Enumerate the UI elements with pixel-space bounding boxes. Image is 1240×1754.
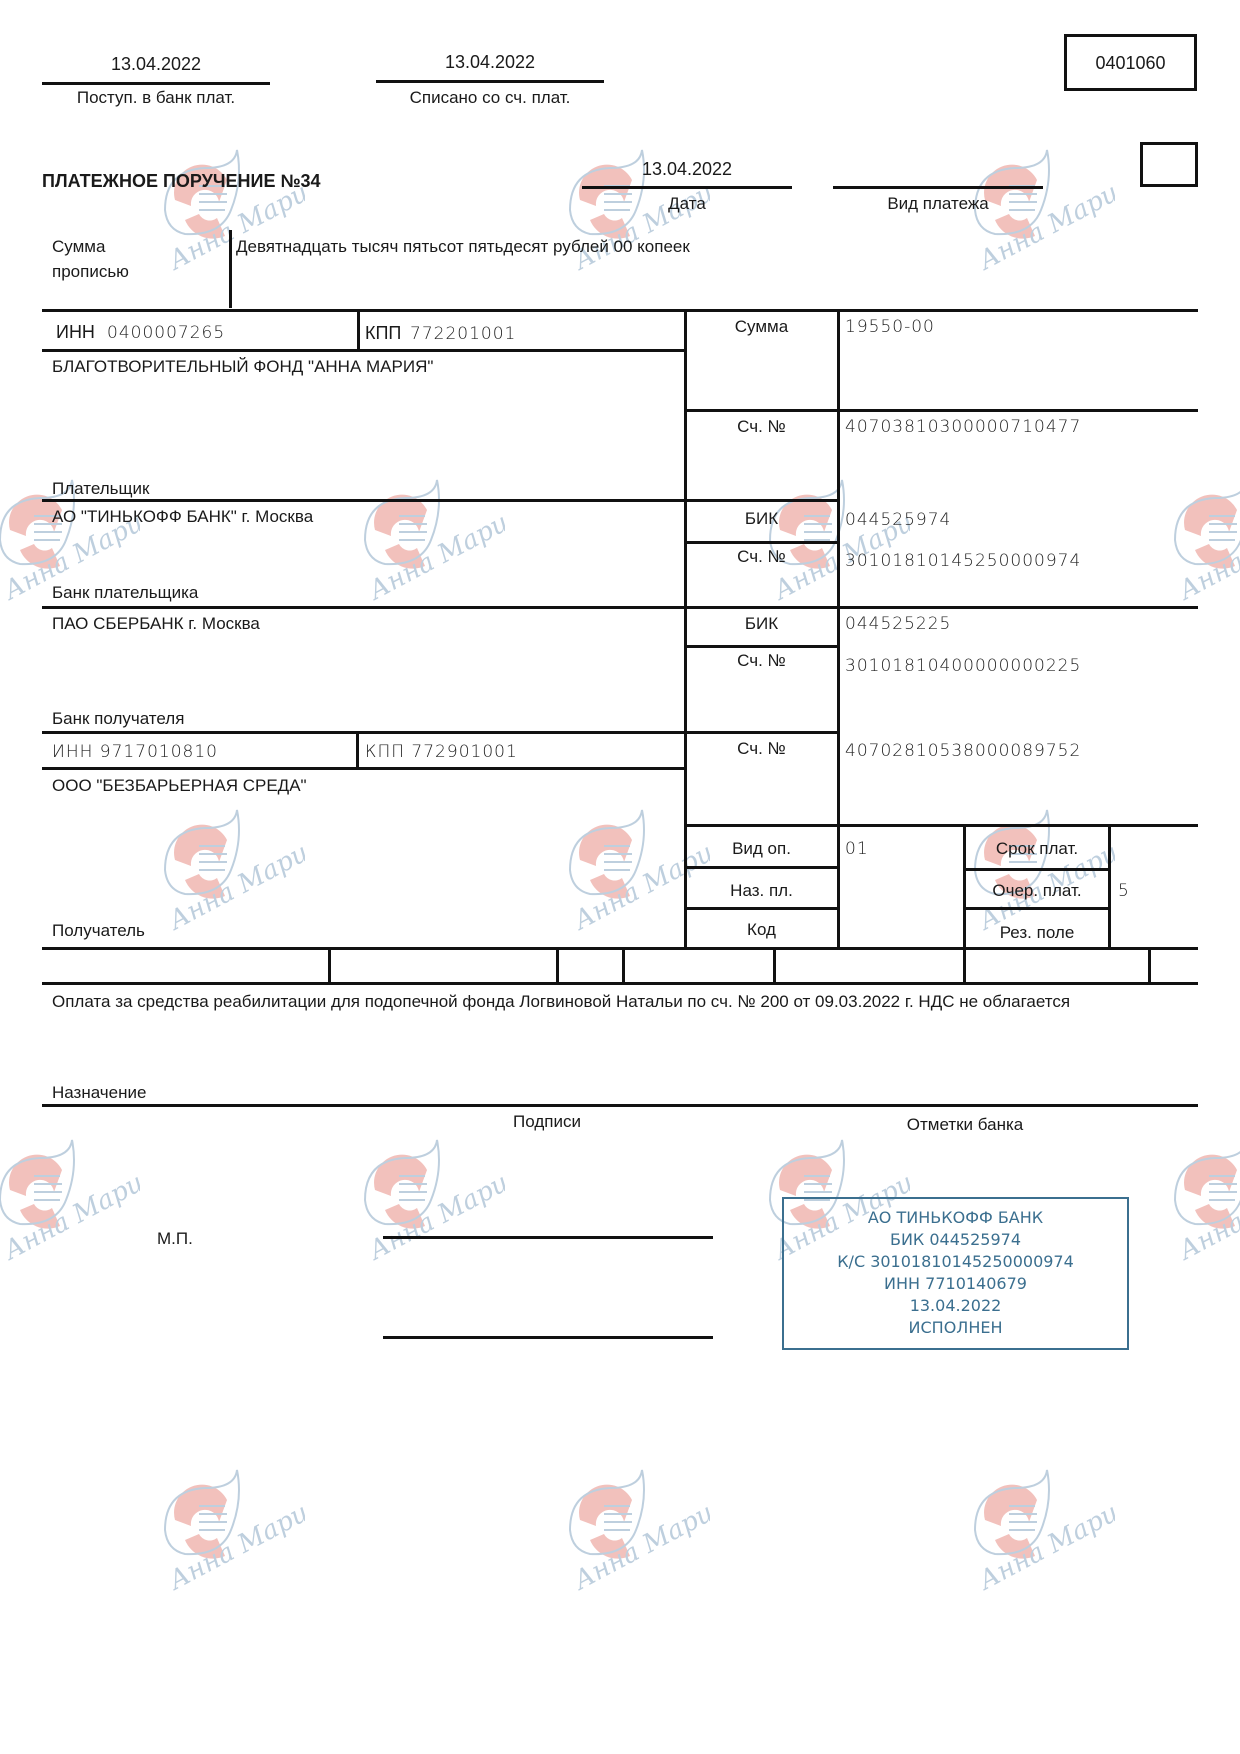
payer-bank-label: Банк плательщика	[52, 582, 198, 604]
watermark-logo-icon: Анна Мария	[965, 1460, 1115, 1610]
payer-bank-account-label: Сч. №	[686, 546, 837, 568]
stamp-line: ИНН 7710140679	[784, 1273, 1127, 1295]
divider	[684, 645, 837, 648]
payer-bank-bik: 044525974	[845, 509, 951, 531]
divider	[684, 907, 837, 910]
tax-field-divider	[328, 948, 331, 984]
document-date: 13.04.2022	[582, 158, 792, 180]
form-code: 0401060	[1067, 52, 1194, 74]
payer-name: БЛАГОТВОРИТЕЛЬНЫЙ ФОНД "АННА МАРИЯ"	[52, 356, 433, 378]
divider	[42, 982, 1198, 985]
watermark-logo-icon: Анна Мария	[760, 470, 910, 620]
watermark-logo-icon: Анна Мария	[155, 800, 305, 950]
watermark-logo-icon: Анна Мария	[1165, 1130, 1240, 1280]
watermark-logo-icon: Анна Мария	[355, 470, 505, 620]
signature-line-1	[383, 1236, 713, 1239]
divider	[42, 499, 837, 502]
empty-code-box	[1140, 142, 1198, 187]
payer-kpp-label: КПП	[365, 322, 401, 344]
signature-line-2	[383, 1336, 713, 1339]
divider	[357, 309, 360, 351]
watermark-logo-icon: Анна Мария	[0, 1130, 140, 1280]
amount-words-label-2: прописью	[52, 261, 129, 283]
payer-account: 40703810300000710477	[845, 416, 1081, 438]
stamp-line: АО ТИНЬКОФФ БАНК	[784, 1207, 1127, 1229]
op-type-label: Вид оп.	[686, 838, 837, 860]
bank-stamp: АО ТИНЬКОФФ БАНК БИК 044525974 К/С 30101…	[782, 1197, 1129, 1350]
svg-text:Анна Мария: Анна Мария	[567, 1490, 710, 1597]
divider	[684, 866, 837, 869]
divider	[42, 731, 837, 734]
divider	[376, 80, 604, 83]
amount-label: Сумма	[686, 316, 837, 338]
watermark-logo-icon: Анна Мария	[560, 1460, 710, 1610]
payee-account: 40702810538000089752	[845, 740, 1081, 762]
divider	[837, 309, 840, 949]
tax-field-divider	[622, 948, 625, 984]
divider	[963, 907, 1108, 910]
svg-text:Анна Мария: Анна Мария	[1172, 1160, 1240, 1267]
tax-field-divider	[556, 948, 559, 984]
payer-bank-account: 30101810145250000974	[845, 550, 1081, 572]
debited-date: 13.04.2022	[376, 51, 604, 73]
stamp-line: К/С 30101810145250000974	[784, 1251, 1127, 1273]
payee-name: ООО "БЕЗБАРЬЕРНАЯ СРЕДА"	[52, 775, 307, 797]
divider	[229, 230, 232, 308]
amount-words-value: Девятнадцать тысяч пятьсот пятьдесят руб…	[236, 236, 690, 258]
payee-label: Получатель	[52, 920, 145, 942]
payee-bank-name: ПАО СБЕРБАНК г. Москва	[52, 613, 260, 635]
purpose-code-label: Наз. пл.	[686, 880, 837, 902]
form-code-box: 0401060	[1064, 34, 1197, 91]
priority-value: 5	[1118, 880, 1130, 902]
page-title: ПЛАТЕЖНОЕ ПОРУЧЕНИЕ №34	[42, 170, 321, 192]
svg-text:Анна Мария: Анна Мария	[162, 830, 305, 937]
payee-inn: ИНН 9717010810	[52, 741, 218, 763]
divider	[963, 868, 1108, 871]
payer-bank-name: АО "ТИНЬКОФФ БАНК" г. Москва	[52, 506, 313, 528]
payer-label: Плательщик	[52, 478, 149, 500]
payee-bank-bik: 044525225	[845, 613, 951, 635]
watermark-logo-icon: Анна Мария	[155, 1460, 305, 1610]
stamp-line: ИСПОЛНЕН	[784, 1317, 1127, 1339]
divider	[684, 824, 1198, 827]
svg-text:Анна Мария: Анна Мария	[162, 1490, 305, 1597]
stamp-line: 13.04.2022	[784, 1295, 1127, 1317]
tax-field-divider	[1148, 948, 1151, 984]
received-label: Поступ. в банк плат.	[42, 87, 270, 109]
tax-field-divider	[773, 948, 776, 984]
divider	[42, 82, 270, 85]
payer-inn-label: ИНН	[56, 321, 95, 343]
purpose-text: Оплата за средства реабилитации для подо…	[52, 991, 1070, 1013]
reserve-label: Рез. поле	[966, 922, 1108, 944]
date-label: Дата	[582, 193, 792, 215]
payee-account-label: Сч. №	[686, 738, 837, 760]
divider	[684, 541, 837, 544]
divider	[1108, 824, 1111, 949]
seal-label: М.П.	[157, 1228, 193, 1250]
divider	[356, 731, 359, 769]
payer-bank-bik-label: БИК	[686, 508, 837, 530]
divider	[684, 409, 1198, 412]
svg-text:Анна Мария: Анна Мария	[362, 500, 505, 607]
payee-bank-account: 30101810400000000225	[845, 655, 1081, 677]
amount-value: 19550-00	[845, 316, 935, 338]
payee-bank-account-label: Сч. №	[686, 650, 837, 672]
divider	[42, 349, 684, 352]
payment-type-label: Вид платежа	[833, 193, 1043, 215]
payer-kpp: 772201001	[410, 323, 516, 345]
svg-text:Анна Мария: Анна Мария	[0, 1160, 140, 1267]
divider	[42, 309, 1198, 312]
stamp-line: БИК 044525974	[784, 1229, 1127, 1251]
due-label: Срок плат.	[966, 838, 1108, 860]
payer-inn: 0400007265	[107, 322, 225, 344]
purpose-label: Назначение	[52, 1082, 146, 1104]
bank-marks-label: Отметки банка	[865, 1114, 1065, 1136]
divider	[42, 947, 1198, 950]
watermark-logo-icon: Анна Мария	[355, 1130, 505, 1280]
divider	[42, 606, 1198, 609]
tax-field-divider	[963, 948, 966, 984]
payee-bank-label: Банк получателя	[52, 708, 184, 730]
svg-text:Анна Мария: Анна Мария	[362, 1160, 505, 1267]
received-date: 13.04.2022	[42, 53, 270, 75]
divider	[833, 186, 1043, 189]
debited-label: Списано со сч. плат.	[376, 87, 604, 109]
payee-kpp: КПП 772901001	[365, 741, 518, 763]
svg-text:Анна Мария: Анна Мария	[1172, 500, 1240, 607]
code-label: Код	[686, 919, 837, 941]
signatures-label: Подписи	[447, 1111, 647, 1133]
watermark-logo-icon: Анна Мария	[965, 140, 1115, 290]
priority-label: Очер. плат.	[966, 880, 1108, 902]
op-type-value: 01	[845, 838, 869, 860]
watermark-logo-icon: Анна Мария	[1165, 470, 1240, 620]
divider	[582, 186, 792, 189]
payee-bank-bik-label: БИК	[686, 613, 837, 635]
divider	[42, 767, 684, 770]
amount-words-label-1: Сумма	[52, 236, 105, 258]
divider	[42, 1104, 1198, 1107]
payer-account-label: Сч. №	[686, 416, 837, 438]
svg-text:Анна Мария: Анна Мария	[972, 1490, 1115, 1597]
